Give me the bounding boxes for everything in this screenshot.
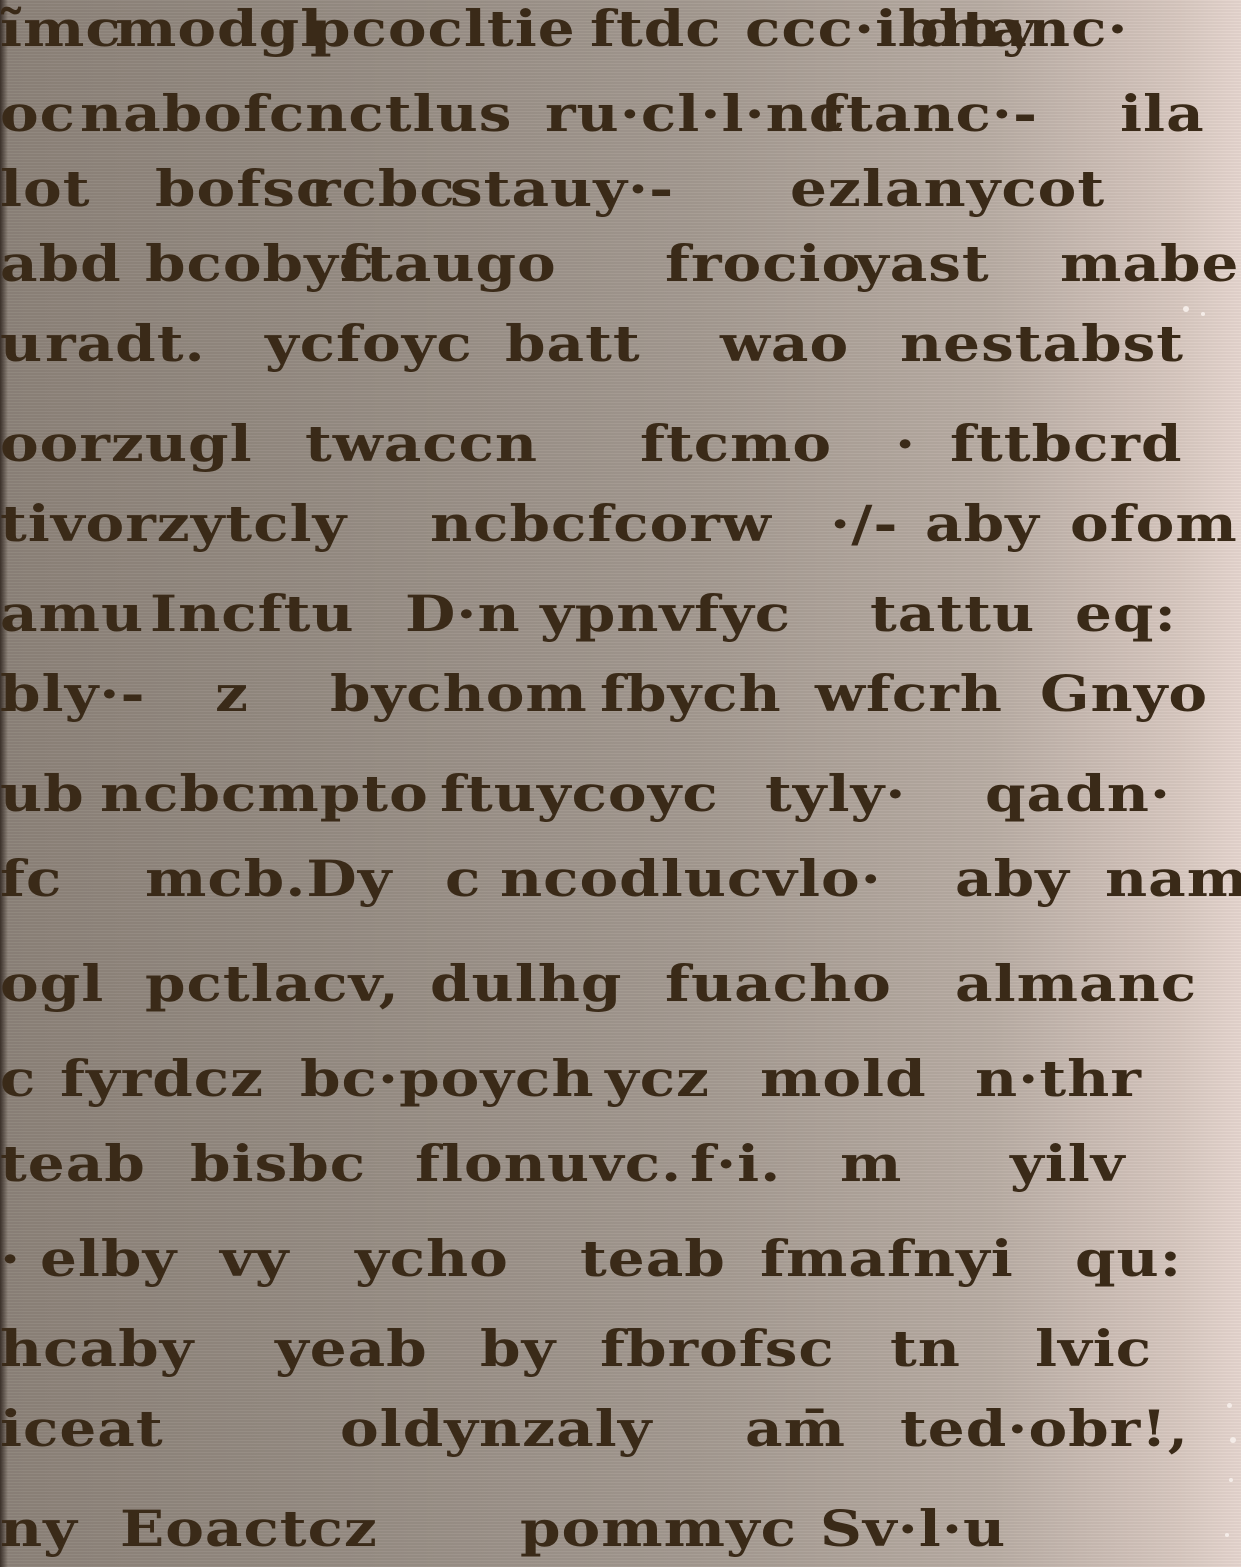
manuscript-word: aby xyxy=(925,495,1040,553)
manuscript-word: ru·cl·l·nc xyxy=(545,85,845,143)
manuscript-word: ncbcmpto xyxy=(100,765,429,823)
manuscript-word: ftdc xyxy=(590,0,722,58)
manuscript-word: qadn· xyxy=(985,765,1171,823)
manuscript-word: mold xyxy=(760,1050,927,1108)
manuscript-word: oc xyxy=(0,85,76,143)
manuscript-word: eq: xyxy=(1075,585,1177,643)
manuscript-word: c xyxy=(445,850,481,908)
manuscript-word: ycho xyxy=(355,1230,509,1288)
manuscript-word: bofsc xyxy=(155,160,332,218)
manuscript-word: Sv·l·u xyxy=(820,1500,1006,1558)
manuscript-word: ncbcfcorw xyxy=(430,495,772,553)
manuscript-word: vy xyxy=(220,1230,289,1288)
manuscript-word: ftanc·- xyxy=(820,85,1038,143)
manuscript-word: teab xyxy=(580,1230,726,1288)
manuscript-word: frocio xyxy=(665,235,861,293)
manuscript-word: oorzugl xyxy=(0,415,253,473)
manuscript-word: Incftu xyxy=(150,585,355,643)
manuscript-word: lot xyxy=(0,160,91,218)
paper-speck xyxy=(1227,1403,1232,1408)
manuscript-word: ofom xyxy=(1070,495,1238,553)
manuscript-word: ezlanycot xyxy=(790,160,1105,218)
manuscript-word: wao xyxy=(720,315,849,373)
manuscript-word: lvic xyxy=(1035,1320,1152,1378)
manuscript-word: radt. xyxy=(45,315,206,373)
manuscript-word: ycz xyxy=(605,1050,710,1108)
manuscript-word: Eoactcz xyxy=(120,1500,378,1558)
manuscript-word: mcb.Dy xyxy=(145,850,392,908)
manuscript-word: ila xyxy=(1120,85,1205,143)
manuscript-word: pommyc xyxy=(520,1500,797,1558)
manuscript-word: yilv xyxy=(1010,1135,1125,1193)
manuscript-word: modgl xyxy=(115,0,323,58)
manuscript-word: nabofcnctlus xyxy=(80,85,512,143)
manuscript-word: pcocltie xyxy=(310,0,576,58)
manuscript-word: abd xyxy=(0,235,122,293)
paper-speck xyxy=(1225,1533,1229,1537)
manuscript-word: ma xyxy=(1060,235,1161,293)
manuscript-word: bisbc xyxy=(190,1135,366,1193)
manuscript-word: yeab xyxy=(275,1320,428,1378)
manuscript-word: qu: xyxy=(1075,1230,1182,1288)
manuscript-word: fc xyxy=(0,850,62,908)
paper-speck xyxy=(1201,312,1205,316)
manuscript-word: fmafnyi xyxy=(760,1230,1014,1288)
manuscript-word: z xyxy=(215,665,249,723)
manuscript-word: stauy·- xyxy=(450,160,674,218)
manuscript-word: bc·poych xyxy=(300,1050,595,1108)
manuscript-word: ·/- xyxy=(830,495,898,553)
manuscript-page: ĩmcmodglpcocltieftdcccc·ibmydtanc·ocnabo… xyxy=(0,0,1241,1567)
manuscript-word: teab xyxy=(0,1135,146,1193)
manuscript-word: dtanc· xyxy=(920,0,1129,58)
manuscript-word: ycfoyc xyxy=(265,315,473,373)
manuscript-word: yast xyxy=(855,235,990,293)
manuscript-word: ncodlucvlo· xyxy=(500,850,882,908)
manuscript-word: am̄ xyxy=(745,1400,846,1458)
paper-speck xyxy=(1229,1478,1233,1482)
manuscript-word: ypnvfyc xyxy=(540,585,791,643)
manuscript-word: iceat xyxy=(0,1400,164,1458)
manuscript-word: rcbc xyxy=(310,160,456,218)
manuscript-word: tattu xyxy=(870,585,1035,643)
manuscript-word: fuacho xyxy=(665,955,892,1013)
manuscript-word: almanc xyxy=(955,955,1197,1013)
manuscript-word: nam xyxy=(1105,850,1241,908)
manuscript-word: tn xyxy=(890,1320,961,1378)
paper-speck xyxy=(1183,306,1189,312)
manuscript-word: nestabst xyxy=(900,315,1184,373)
manuscript-word: dulhg xyxy=(430,955,622,1013)
manuscript-word: tyly· xyxy=(765,765,906,823)
manuscript-word: fbrofsc xyxy=(600,1320,835,1378)
manuscript-word: n·thr xyxy=(975,1050,1142,1108)
manuscript-word: ftaugo xyxy=(340,235,557,293)
manuscript-word: ftcmo xyxy=(640,415,832,473)
paper-speck xyxy=(1230,1437,1236,1443)
manuscript-word: ny xyxy=(0,1500,78,1558)
manuscript-word: pctlacv, xyxy=(145,955,400,1013)
manuscript-word: m xyxy=(840,1135,902,1193)
manuscript-word: hcaby xyxy=(0,1320,194,1378)
manuscript-word: wfcrh xyxy=(815,665,1003,723)
manuscript-word: bychom xyxy=(330,665,588,723)
manuscript-word: twaccn xyxy=(305,415,538,473)
manuscript-word: ftuycoyc xyxy=(440,765,719,823)
manuscript-word: · xyxy=(0,1230,21,1288)
manuscript-word: elby xyxy=(40,1230,177,1288)
manuscript-word: be xyxy=(1160,235,1239,293)
manuscript-word: · xyxy=(895,415,916,473)
manuscript-word: amu xyxy=(0,585,144,643)
manuscript-word: ogl xyxy=(0,955,104,1013)
manuscript-word: tivorzytcly xyxy=(0,495,347,553)
manuscript-word: ub xyxy=(0,765,85,823)
manuscript-word: c xyxy=(0,1050,36,1108)
manuscript-word: u xyxy=(0,315,43,373)
manuscript-word: fbych xyxy=(600,665,782,723)
manuscript-word: aby xyxy=(955,850,1070,908)
manuscript-word: f·i. xyxy=(690,1135,781,1193)
manuscript-word: bly·- xyxy=(0,665,146,723)
manuscript-word: fyrdcz xyxy=(60,1050,264,1108)
manuscript-word: flonuvc. xyxy=(415,1135,682,1193)
manuscript-word: ĩmc xyxy=(0,0,122,58)
manuscript-word: oldynzaly xyxy=(340,1400,652,1458)
manuscript-word: batt xyxy=(505,315,641,373)
manuscript-word: Gnyo xyxy=(1040,665,1208,723)
manuscript-word: by xyxy=(480,1320,556,1378)
manuscript-word: ted·obr!, xyxy=(900,1400,1189,1458)
manuscript-word: fttbcrd xyxy=(950,415,1183,473)
manuscript-word: D·n xyxy=(405,585,521,643)
